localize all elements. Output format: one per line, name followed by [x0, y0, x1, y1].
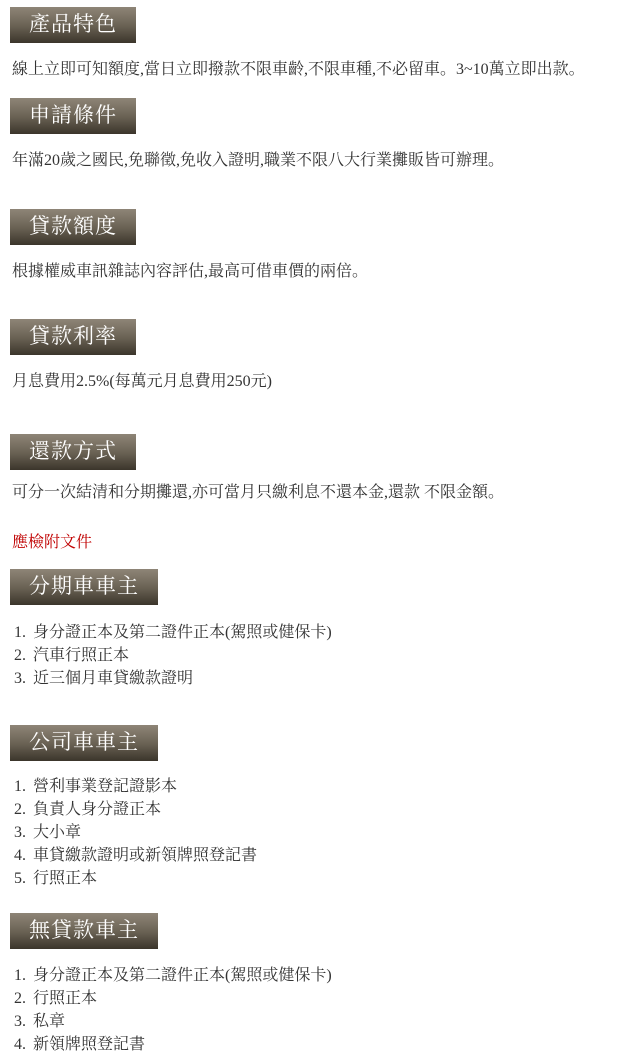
item-text: 營利事業登記證影本: [33, 778, 177, 795]
section-header-application-conditions: 申請條件: [10, 98, 136, 134]
section-header-installment-car-owner: 分期車車主: [10, 569, 158, 605]
section-body-repayment-method: 可分一次結清和分期攤還,亦可當月只繳利息不還本金,還款 不限金額。: [12, 483, 628, 502]
required-documents-notice: 應檢附文件: [12, 533, 628, 552]
list-item: 3.近三個月車貸繳款證明: [14, 667, 628, 690]
item-number: 3.: [14, 1013, 26, 1030]
section-body-application-conditions: 年滿20歲之國民,免聯徵,免收入證明,職業不限八大行業攤販皆可辦理。: [12, 151, 628, 170]
item-number: 2.: [14, 801, 26, 818]
list-item: 1.營利事業登記證影本: [14, 775, 628, 798]
list-item: 2.行照正本: [14, 987, 628, 1010]
list-item: 1.身分證正本及第二證件正本(駕照或健保卡): [14, 964, 628, 987]
item-number: 1.: [14, 967, 26, 984]
section-header-repayment-method: 還款方式: [10, 434, 136, 470]
item-number: 2.: [14, 647, 26, 664]
doc-list-company-car-owner: 1.營利事業登記證影本 2.負責人身分證正本 3.大小章 4.車貸繳款證明或新領…: [14, 775, 628, 890]
item-text: 身分證正本及第二證件正本(駕照或健保卡): [33, 624, 332, 641]
section-body-loan-amount: 根據權威車訊雜誌內容評估,最高可借車價的兩倍。: [12, 262, 628, 281]
doc-list-no-loan-car-owner: 1.身分證正本及第二證件正本(駕照或健保卡) 2.行照正本 3.私章 4.新領牌…: [14, 964, 628, 1056]
list-item: 4.車貸繳款證明或新領牌照登記書: [14, 844, 628, 867]
list-item: 3.大小章: [14, 821, 628, 844]
section-header-product-features: 產品特色: [10, 7, 136, 43]
loan-info-page: 產品特色 線上立即可知額度,當日立即撥款不限車齡,不限車種,不必留車。3~10萬…: [0, 0, 636, 1056]
list-item: 2.負責人身分證正本: [14, 798, 628, 821]
item-text: 車貸繳款證明或新領牌照登記書: [33, 847, 257, 864]
item-text: 新領牌照登記書: [33, 1036, 145, 1053]
section-header-no-loan-car-owner: 無貸款車主: [10, 913, 158, 949]
list-item: 3.私章: [14, 1010, 628, 1033]
item-number: 1.: [14, 778, 26, 795]
item-text: 私章: [33, 1013, 65, 1030]
doc-list-installment-car-owner: 1.身分證正本及第二證件正本(駕照或健保卡) 2.汽車行照正本 3.近三個月車貸…: [14, 621, 628, 690]
list-item: 5.行照正本: [14, 867, 628, 890]
item-number: 5.: [14, 870, 26, 887]
item-text: 行照正本: [33, 990, 97, 1007]
item-text: 身分證正本及第二證件正本(駕照或健保卡): [33, 967, 332, 984]
list-item: 4.新領牌照登記書: [14, 1033, 628, 1056]
item-number: 4.: [14, 847, 26, 864]
item-text: 汽車行照正本: [33, 647, 129, 664]
item-number: 2.: [14, 990, 26, 1007]
item-number: 1.: [14, 624, 26, 641]
section-header-loan-amount: 貸款額度: [10, 209, 136, 245]
item-number: 4.: [14, 1036, 26, 1053]
item-text: 行照正本: [33, 870, 97, 887]
list-item: 1.身分證正本及第二證件正本(駕照或健保卡): [14, 621, 628, 644]
section-header-loan-interest-rate: 貸款利率: [10, 319, 136, 355]
section-header-company-car-owner: 公司車車主: [10, 725, 158, 761]
list-item: 2.汽車行照正本: [14, 644, 628, 667]
item-number: 3.: [14, 824, 26, 841]
item-text: 大小章: [33, 824, 81, 841]
item-number: 3.: [14, 670, 26, 687]
item-text: 近三個月車貸繳款證明: [33, 670, 193, 687]
section-body-loan-interest-rate: 月息費用2.5%(每萬元月息費用250元): [12, 372, 628, 391]
item-text: 負責人身分證正本: [33, 801, 161, 818]
section-body-product-features: 線上立即可知額度,當日立即撥款不限車齡,不限車種,不必留車。3~10萬立即出款。: [12, 60, 628, 79]
